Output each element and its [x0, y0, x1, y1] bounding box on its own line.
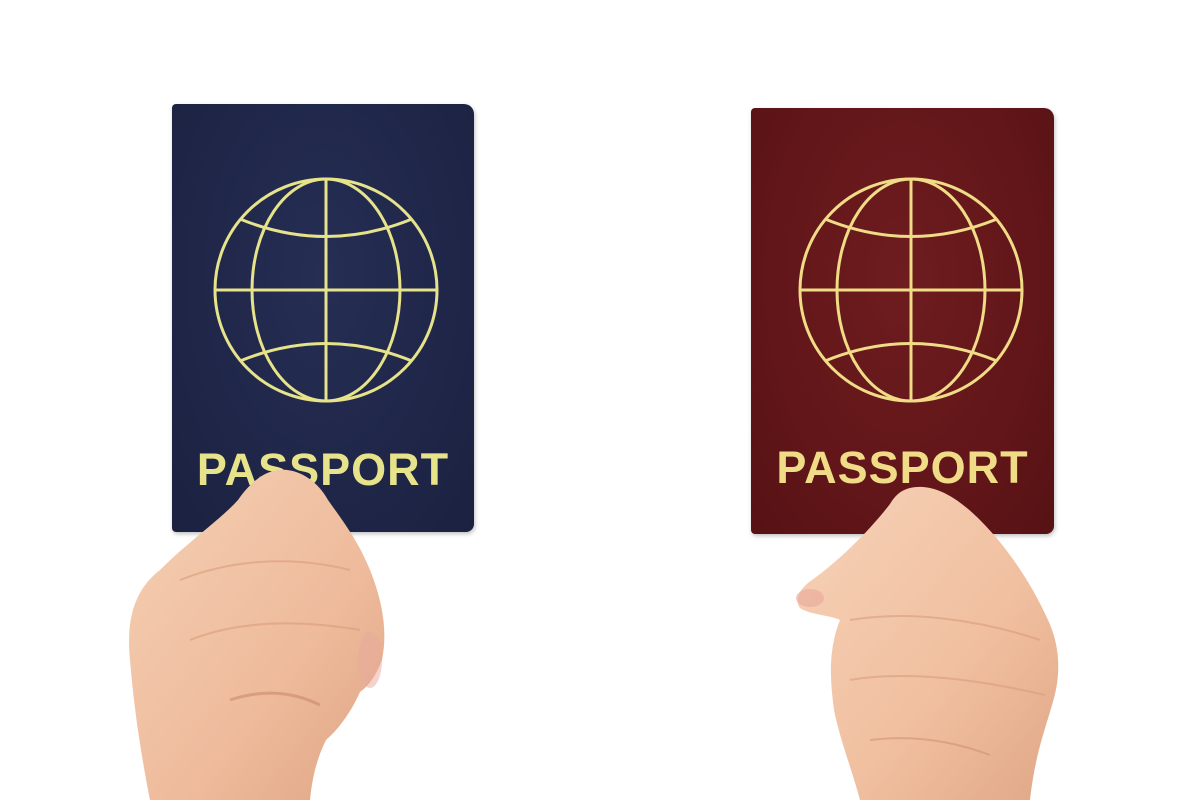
globe-icon	[797, 176, 1025, 404]
red-passport: PASSPORT	[751, 108, 1054, 534]
left-hand	[120, 460, 420, 800]
globe-icon	[212, 176, 440, 404]
photo-scene: PASSPORT PASSPORT	[0, 0, 1200, 800]
right-hand	[790, 480, 1080, 800]
